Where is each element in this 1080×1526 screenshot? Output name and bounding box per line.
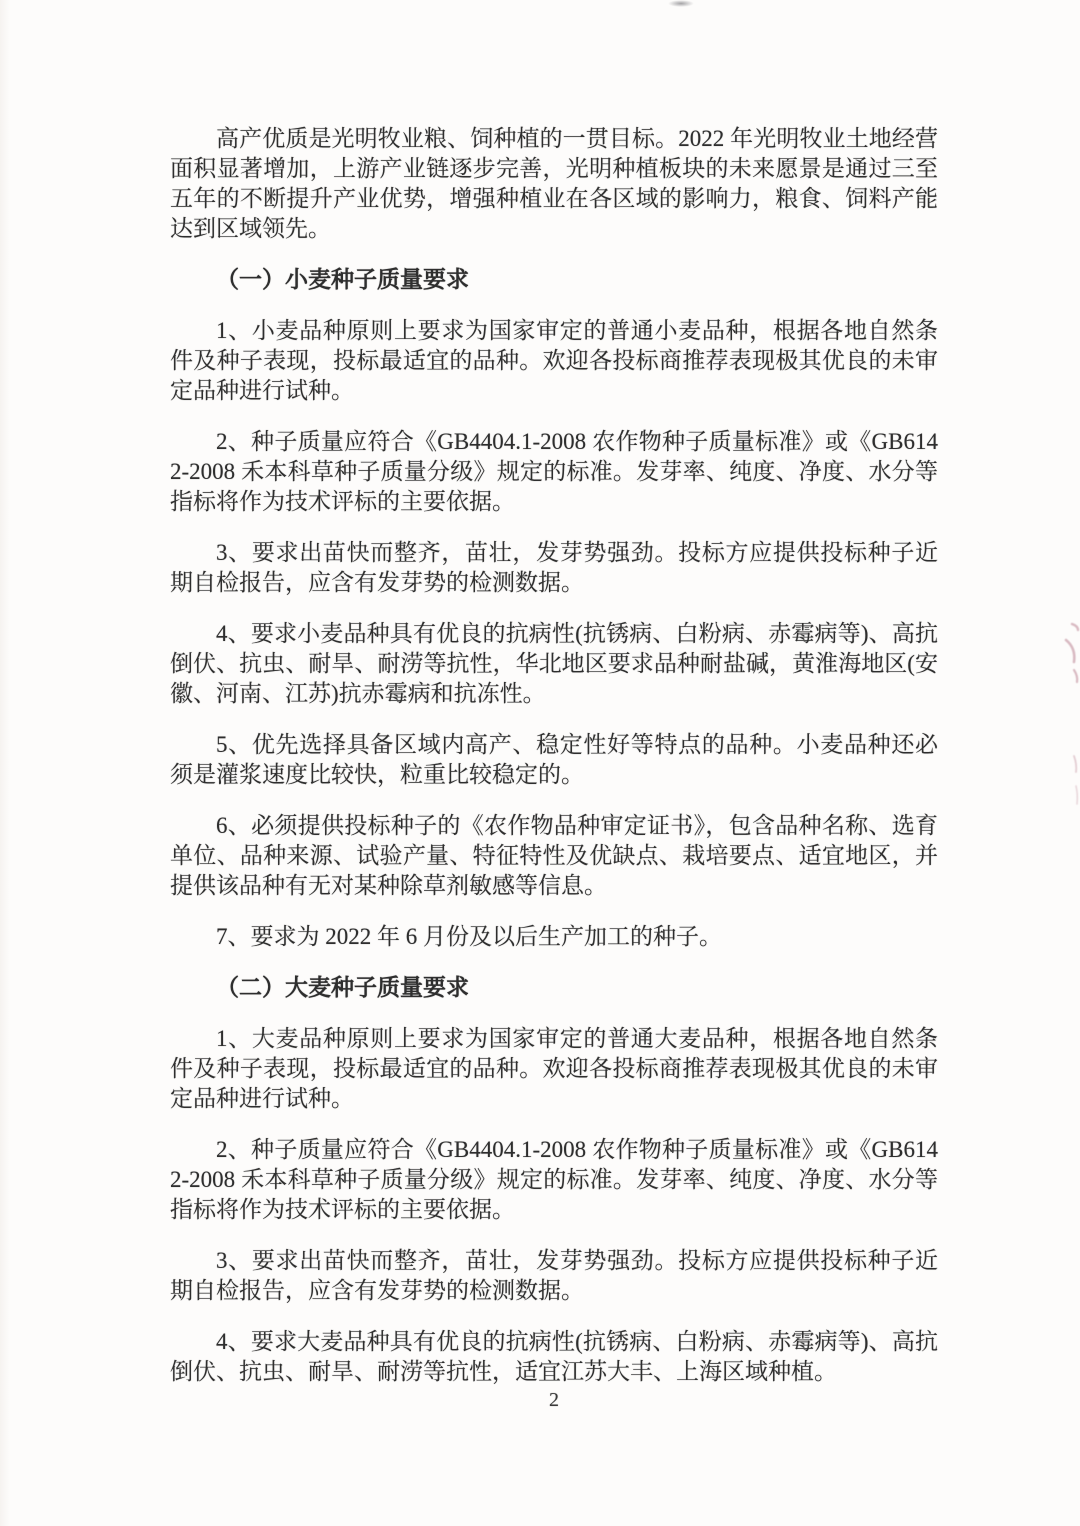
document-page: 高产优质是光明牧业粮、饲种植的一贯目标。2022 年光明牧业土地经营面积显著增加… [0,0,1080,1526]
page-number: 2 [170,1387,938,1413]
scan-smudge [668,0,694,7]
wheat-item-2: 2、种子质量应符合《GB4404.1-2008 农作物种子质量标准》或《GB61… [170,427,938,517]
intro-paragraph: 高产优质是光明牧业粮、饲种植的一贯目标。2022 年光明牧业土地经营面积显著增加… [170,124,938,244]
wheat-item-4: 4、要求小麦品种具有优良的抗病性(抗锈病、白粉病、赤霉病等)、高抗倒伏、抗虫、耐… [170,619,938,709]
section-heading-wheat: （一）小麦种子质量要求 [170,265,938,295]
wheat-item-5: 5、优先选择具备区域内高产、稳定性好等特点的品种。小麦品种还必须是灌浆速度比较快… [170,730,938,790]
barley-item-3: 3、要求出苗快而整齐，苗壮，发芽势强劲。投标方应提供投标种子近期自检报告，应含有… [170,1246,938,1306]
section-heading-barley: （二）大麦种子质量要求 [170,973,938,1003]
document-body: 高产优质是光明牧业粮、饲种植的一贯目标。2022 年光明牧业土地经营面积显著增加… [170,124,938,1413]
barley-item-4: 4、要求大麦品种具有优良的抗病性(抗锈病、白粉病、赤霉病等)、高抗倒伏、抗虫、耐… [170,1327,938,1387]
barley-item-2: 2、种子质量应符合《GB4404.1-2008 农作物种子质量标准》或《GB61… [170,1135,938,1225]
barley-item-1: 1、大麦品种原则上要求为国家审定的普通大麦品种，根据各地自然条件及种子表现，投标… [170,1024,938,1114]
wheat-item-1: 1、小麦品种原则上要求为国家审定的普通小麦品种，根据各地自然条件及种子表现，投标… [170,316,938,406]
red-stamp-fragment-icon [1062,752,1080,812]
wheat-item-6: 6、必须提供投标种子的《农作物品种审定证书》，包含品种名称、选育单位、品种来源、… [170,811,938,901]
wheat-item-7: 7、要求为 2022 年 6 月份及以后生产加工的种子。 [170,922,938,952]
red-stamp-fragment-icon [1052,618,1080,708]
wheat-item-3: 3、要求出苗快而整齐，苗壮，发芽势强劲。投标方应提供投标种子近期自检报告，应含有… [170,538,938,598]
